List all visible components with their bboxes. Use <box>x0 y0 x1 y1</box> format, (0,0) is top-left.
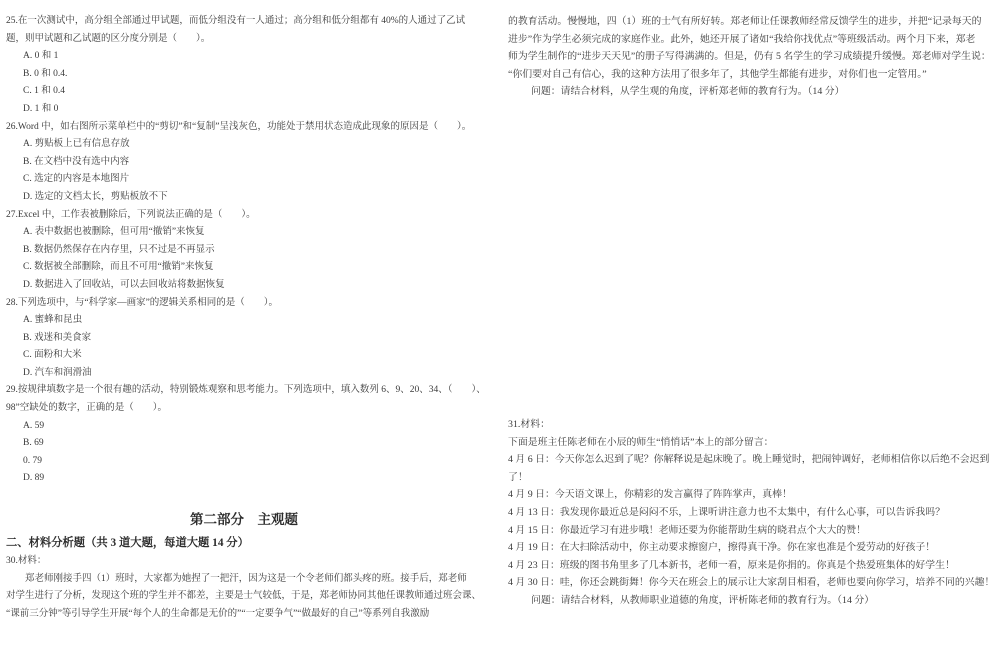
question-30-material-line-3: “课前三分钟”等引导学生开展“每个人的生命都是无价的”“一定要争气”“做最好的自… <box>6 606 482 624</box>
question-28-option-c: C. 面粉和大米 <box>6 347 482 365</box>
question-26-option-d: D. 选定的文档太长，剪贴板放不下 <box>6 189 482 207</box>
note-april-30: 4 月 30 日：哇，你还会跳街舞！你今天在班会上的展示让大家刮目相看，老师也要… <box>508 574 992 592</box>
question-27-option-c: C. 数据被全部删除，而且不可用“撤销”来恢复 <box>6 259 482 277</box>
blank-space <box>508 101 992 416</box>
question-26: 26.Word 中，如右图所示菜单栏中的“剪切”和“复制”呈浅灰色，功能处于禁用… <box>6 119 482 207</box>
question-26-stem-line-1: 26.Word 中，如右图所示菜单栏中的“剪切”和“复制”呈浅灰色，功能处于禁用… <box>6 119 482 137</box>
question-25-option-d: D. 1 和 0 <box>6 101 482 119</box>
question-27-stem-line-1: 27.Excel 中，工作表被删除后，下列说法正确的是（ ）。 <box>6 207 482 225</box>
question-30-material-line-4: 的教育活动。慢慢地，四（1）班的士气有所好转。郑老师让任课教师经常反馈学生的进步… <box>508 13 992 31</box>
question-28: 28.下列选项中，与“科学家—画家”的逻辑关系相同的是（ ）。 A. 蜜蜂和昆虫… <box>6 295 482 383</box>
question-30-material-line-5: 进步”作为学生必须完成的家庭作业。此外，她还开展了诸如“我给你找优点”等班级活动… <box>508 31 992 49</box>
question-27: 27.Excel 中，工作表被删除后，下列说法正确的是（ ）。 A. 表中数据也… <box>6 207 482 295</box>
question-25-option-c: C. 1 和 0.4 <box>6 83 482 101</box>
left-column: 25.在一次测试中，高分组全部通过甲试题，而低分组没有一人通过；高分组和低分组都… <box>6 0 482 623</box>
question-30-material-line-7: “你们要对自己有信心，我的这种方法用了很多年了，其他学生都能有进步，对你们也一定… <box>508 66 992 84</box>
right-column: 的教育活动。慢慢地，四（1）班的士气有所好转。郑老师让任课教师经常反馈学生的进步… <box>508 0 992 610</box>
question-25-option-b: B. 0 和 0.4. <box>6 66 482 84</box>
question-30-material-line-6: 师为学生制作的“进步天天见”的册子写得满满的。但是，仍有 5 名学生的学习成绩提… <box>508 48 992 66</box>
section-material-analysis-heading: 二、材料分析题（共 3 道大题，每道大题 14 分） <box>6 534 482 553</box>
question-30-material-line-2: 对学生进行了分析，发现这个班的学生并不都差，主要是士气较低，于是，郑老师协同其他… <box>6 588 482 606</box>
question-28-option-d: D. 汽车和润滑油 <box>6 365 482 383</box>
question-30: 30.材料： 郑老师刚接手四（1）班时，大家都为她捏了一把汗，因为这是一个令老师… <box>6 553 482 623</box>
note-april-19: 4 月 19 日：在大扫除活动中，你主动要求擦窗户，擦得真干净。你在家也准是个爱… <box>508 539 992 557</box>
question-31-intro: 下面是班主任陈老师在小辰的师生“悄悄话”本上的部分留言： <box>508 434 992 452</box>
exam-document-page: 25.在一次测试中，高分组全部通过甲试题，而低分组没有一人通过；高分组和低分组都… <box>0 0 1000 658</box>
question-25-option-a: A. 0 和 1 <box>6 48 482 66</box>
question-29-option-a: A. 59 <box>6 418 482 436</box>
part2-heading: 第二部分 主观题 <box>6 510 482 530</box>
question-31: 31.材料： 下面是班主任陈老师在小辰的师生“悄悄话”本上的部分留言： 4 月 … <box>508 416 992 610</box>
question-29: 29.按规律填数字是一个很有趣的活动，特别锻炼观察和思考能力。下列选项中，填入数… <box>6 382 482 488</box>
question-29-stem-line-2: 98”空缺处的数字，正确的是（ ）。 <box>6 400 482 418</box>
question-29-stem-line-1: 29.按规律填数字是一个很有趣的活动，特别锻炼观察和思考能力。下列选项中，填入数… <box>6 382 482 400</box>
note-april-6-line-1: 4 月 6 日：今天你怎么迟到了呢？你解释说是起床晚了。晚上睡觉时，把闹钟调好，… <box>508 451 992 469</box>
question-30-label: 30.材料： <box>6 553 482 571</box>
question-29-option-d: D. 89 <box>6 470 482 488</box>
question-27-option-a: A. 表中数据也被删除，但可用“撤销”来恢复 <box>6 224 482 242</box>
note-april-6-line-2: 了！ <box>508 469 992 487</box>
question-26-option-b: B. 在文档中没有选中内容 <box>6 154 482 172</box>
question-25-stem-line-1: 25.在一次测试中，高分组全部通过甲试题，而低分组没有一人通过；高分组和低分组都… <box>6 13 482 31</box>
question-27-option-d: D. 数据进入了回收站，可以去回收站将数据恢复 <box>6 277 482 295</box>
question-30-continued: 的教育活动。慢慢地，四（1）班的士气有所好转。郑老师让任课教师经常反馈学生的进步… <box>508 13 992 101</box>
question-28-option-b: B. 戏迷和美食家 <box>6 330 482 348</box>
note-april-9: 4 月 9 日：今天语文课上，你精彩的发言赢得了阵阵掌声，真棒！ <box>508 486 992 504</box>
question-30-question-line: 问题：请结合材料，从学生观的角度，评析郑老师的教育行为。（14 分） <box>508 83 992 101</box>
question-27-option-b: B. 数据仍然保存在内存里，只不过是不再显示 <box>6 242 482 260</box>
note-april-15: 4 月 15 日：你最近学习有进步哦！老师还要为你能帮助生病的晓君点个大大的赞！ <box>508 522 992 540</box>
question-29-option-c: 0. 79 <box>6 453 482 471</box>
question-28-option-a: A. 蜜蜂和昆虫 <box>6 312 482 330</box>
question-28-stem-line-1: 28.下列选项中，与“科学家—画家”的逻辑关系相同的是（ ）。 <box>6 295 482 313</box>
note-april-13: 4 月 13 日：我发现你最近总是闷闷不乐，上课听讲注意力也不太集中，有什么心事… <box>508 504 992 522</box>
question-31-question-line: 问题：请结合材料，从教师职业道德的角度，评析陈老师的教育行为。（14 分） <box>508 592 992 610</box>
question-29-option-b: B. 69 <box>6 435 482 453</box>
question-31-label: 31.材料： <box>508 416 992 434</box>
question-26-option-c: C. 选定的内容是本地图片 <box>6 171 482 189</box>
question-30-material-line-1: 郑老师刚接手四（1）班时，大家都为她捏了一把汗，因为这是一个令老师们都头疼的班。… <box>6 571 482 589</box>
note-april-23: 4 月 23 日：班级的图书角里多了几本新书，老师一看，原来是你捐的。你真是个热… <box>508 557 992 575</box>
question-26-option-a: A. 剪贴板上已有信息存放 <box>6 136 482 154</box>
question-25: 25.在一次测试中，高分组全部通过甲试题，而低分组没有一人通过；高分组和低分组都… <box>6 13 482 119</box>
question-25-stem-line-2: 题，则甲试题和乙试题的区分度分别是（ ）。 <box>6 31 482 49</box>
